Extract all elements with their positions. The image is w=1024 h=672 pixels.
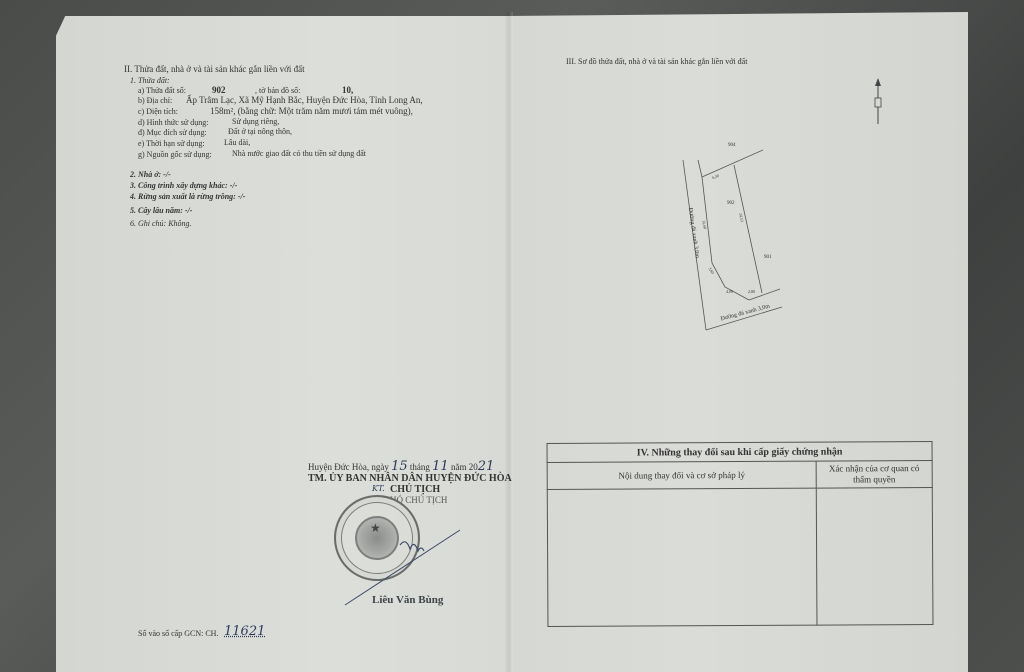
issue-day: 15 xyxy=(391,459,408,474)
usage-form-label: d) Hình thức sử dụng: xyxy=(138,118,208,127)
neighbor-east: 901 xyxy=(764,255,772,260)
perennial-tree-item: 5. Cây lâu năm: -/- xyxy=(130,206,192,215)
other-construction-item: 3. Công trình xây dựng khác: -/- xyxy=(130,181,237,190)
usage-term-label: e) Thời hạn sử dụng: xyxy=(138,139,205,148)
issue-year-label: năm 20 xyxy=(451,462,478,472)
production-forest-item: 4. Rừng sản xuất là rừng trồng: -/- xyxy=(130,192,245,201)
role-prefix: KT. xyxy=(372,484,385,493)
usage-term-value: Lâu dài, xyxy=(224,138,250,147)
role-chairman: CHỦ TỊCH xyxy=(390,484,440,495)
change-content-cell xyxy=(547,488,817,626)
issue-month: 11 xyxy=(432,459,449,474)
col-content-header: Nội dung thay đổi và cơ sở pháp lý xyxy=(547,461,816,489)
parcel-label: 902 xyxy=(727,201,735,206)
change-confirmation-cell xyxy=(816,487,933,625)
usage-purpose-label: đ) Mục đích sử dụng: xyxy=(138,128,207,137)
registry-number: 11621 xyxy=(224,624,265,639)
col-confirmation-header: Xác nhận của cơ quan có thẩm quyền xyxy=(816,460,932,488)
area-value: 158m², (bằng chữ: Một trăm năm mươi tám … xyxy=(210,106,413,116)
edge-bottom-right: 2,80 xyxy=(748,289,755,294)
page-fold xyxy=(505,12,513,672)
issue-date-line: Huyện Đức Hòa, ngày 15 tháng 11 năm 2021 xyxy=(308,459,494,474)
issue-place: Huyện Đức Hòa, ngày xyxy=(308,462,389,472)
note-item: 6. Ghi chú: Không. xyxy=(130,219,192,228)
usage-purpose-value: Đất ở tại nông thôn, xyxy=(228,127,292,136)
section-iii-title: III. Sơ đồ thửa đất, nhà ở và tài sản kh… xyxy=(566,57,747,66)
usage-form-value: Sử dụng riêng, xyxy=(232,117,279,126)
issue-month-label: tháng xyxy=(410,462,430,472)
issue-year: 21 xyxy=(478,459,495,474)
address-value: Ấp Trâm Lạc, Xã Mỹ Hạnh Bắc, Huyện Đức H… xyxy=(186,95,423,105)
changes-table-title: IV. Những thay đổi sau khi cấp giấy chứn… xyxy=(547,441,932,462)
parcel-label: a) Thửa đất số: xyxy=(138,86,186,95)
map-sheet-number: 10, xyxy=(342,85,353,95)
parcel-number: 902 xyxy=(212,85,226,95)
registry-label: Số vào sổ cấp GCN: CH. xyxy=(138,629,218,638)
section-ii-title: II. Thửa đất, nhà ở và tài sản khác gắn … xyxy=(124,64,305,74)
neighbor-north: 904 xyxy=(728,143,736,148)
edge-bottom-left: 4,00 xyxy=(726,289,733,294)
origin-value: Nhà nước giao đất có thu tiền sử dụng đấ… xyxy=(232,149,366,158)
north-arrow-icon xyxy=(870,78,886,126)
signatory-name: Liêu Văn Bùng xyxy=(372,594,443,606)
authority-line: TM. ỦY BAN NHÂN DÂN HUYỆN ĐỨC HÒA xyxy=(308,473,512,484)
changes-table: IV. Những thay đổi sau khi cấp giấy chứn… xyxy=(547,441,934,627)
map-sheet-label: , tờ bản đồ số: xyxy=(255,86,300,95)
area-label: c) Diện tích: xyxy=(138,107,178,116)
house-item: 2. Nhà ở: -/- xyxy=(130,170,171,179)
land-heading: 1. Thửa đất: xyxy=(130,76,170,85)
address-label: b) Địa chỉ: xyxy=(138,96,172,105)
origin-label: g) Nguồn gốc sử dụng: xyxy=(138,150,212,159)
